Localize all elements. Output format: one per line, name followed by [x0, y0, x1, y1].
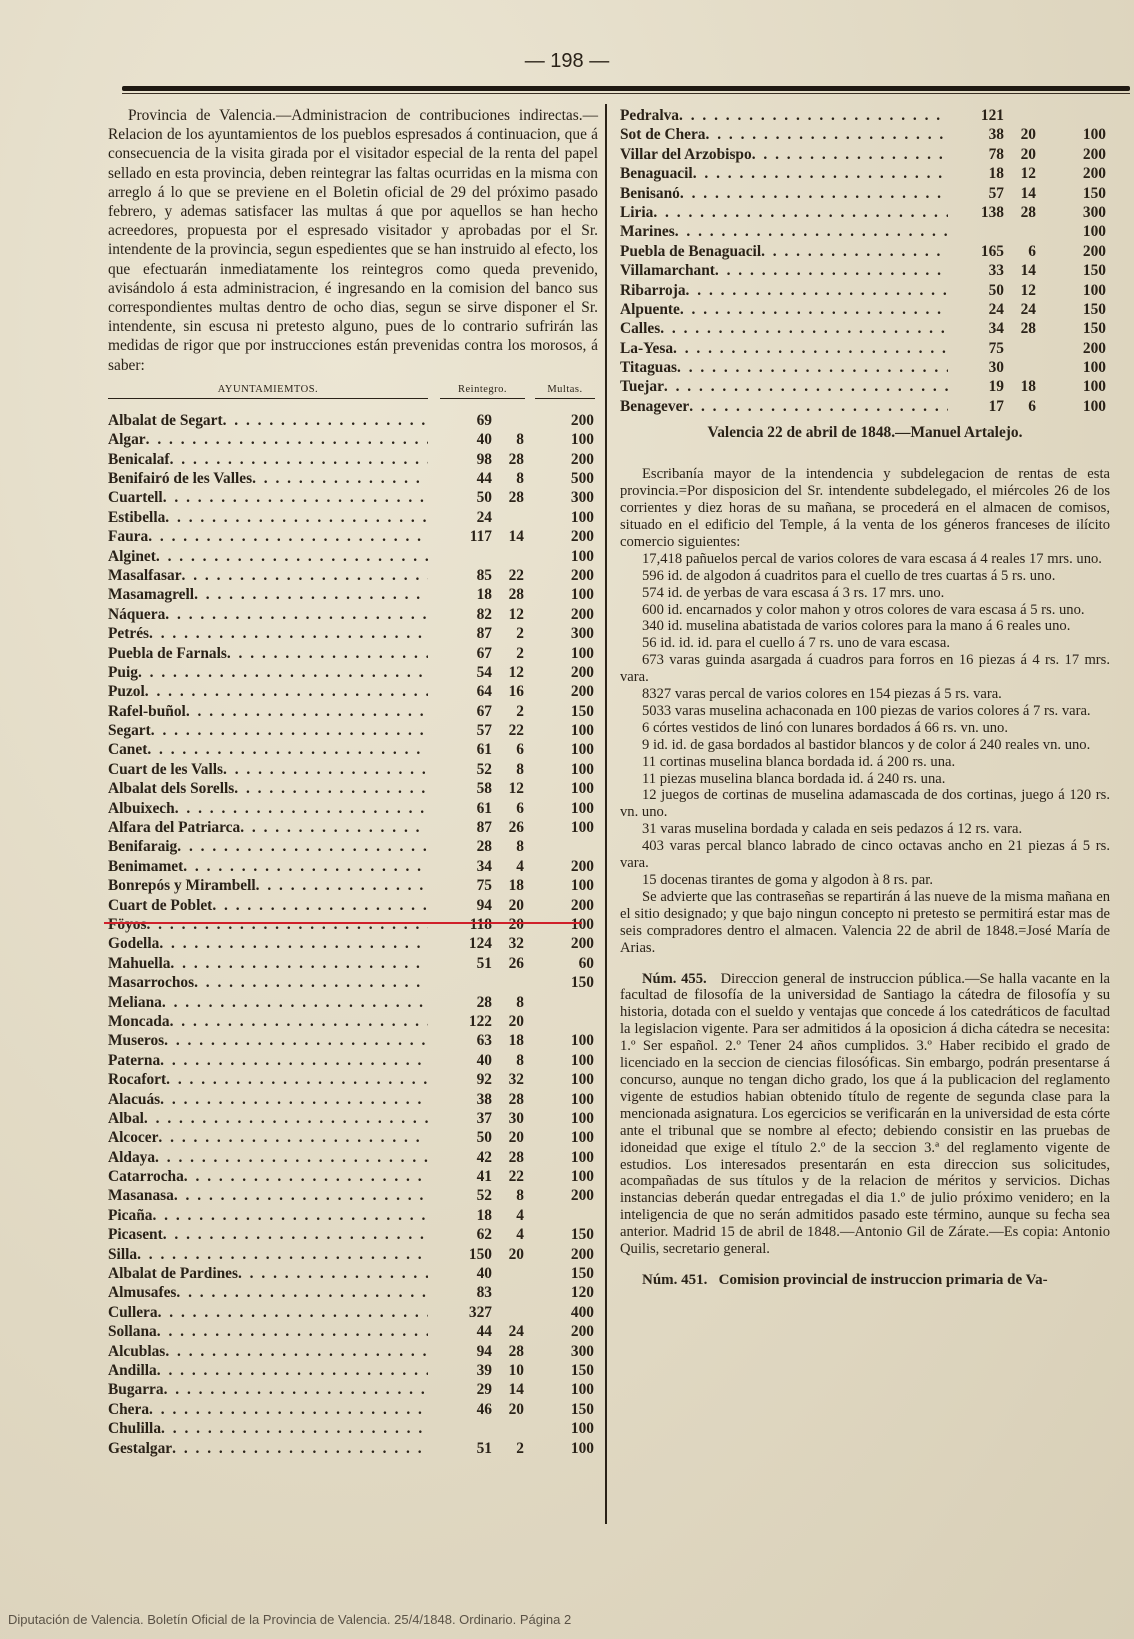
reintegro-maravedis: 14 — [1004, 261, 1036, 280]
table-row: Albalat de Pardines40150 — [108, 1264, 598, 1283]
notice-451-heading: Núm. 451. — [642, 1272, 707, 1288]
notice-455-text: Direccion general de instruccion pública… — [620, 971, 1110, 1258]
reintegro-reales: 57 — [440, 721, 492, 740]
municipality-name: Ribarroja — [620, 281, 948, 300]
reintegro-maravedis: 14 — [492, 527, 524, 546]
multa-amount: 100 — [534, 1148, 594, 1167]
reintegro-maravedis: 8 — [492, 1186, 524, 1205]
reintegro-reales: 87 — [440, 624, 492, 643]
municipality-name: Museros — [108, 1031, 428, 1050]
municipality-name: Alcublas — [108, 1342, 428, 1361]
reintegro-reales: 75 — [440, 876, 492, 895]
reintegro-reales: 85 — [440, 566, 492, 585]
reintegro-maravedis: 8 — [492, 430, 524, 449]
header-rule — [122, 86, 1130, 91]
notice-451-text: Comision provincial de instruccion prima… — [719, 1272, 1048, 1288]
reintegro-maravedis — [1004, 106, 1036, 125]
table-row: Náquera8212200 — [108, 605, 598, 624]
goods-list-item: 17,418 pañuelos percal de varios colores… — [620, 551, 1110, 568]
municipality-name: Almusafes — [108, 1283, 428, 1302]
multa-amount: 100 — [1046, 281, 1106, 300]
table-row: Masamagrell1828100 — [108, 585, 598, 604]
reintegro-reales: 67 — [440, 644, 492, 663]
reintegro-reales: 40 — [440, 1051, 492, 1070]
reintegro-reales: 51 — [440, 954, 492, 973]
municipality-name: Rafel-buñol — [108, 702, 428, 721]
table-row: Masarrochos150 — [108, 973, 598, 992]
multa-amount: 100 — [534, 1128, 594, 1147]
reintegro-maravedis — [1004, 222, 1036, 241]
reintegro-maravedis: 28 — [492, 488, 524, 507]
reintegro-reales: 17 — [952, 397, 1004, 416]
reintegro-reales: 38 — [952, 125, 1004, 144]
multa-amount: 100 — [534, 1070, 594, 1089]
table-row: Masalfasar8522200 — [108, 566, 598, 585]
table-row: Moncada12220 — [108, 1012, 598, 1031]
municipality-name: Albalat de Segart — [108, 411, 428, 430]
goods-list-item: 673 varas guinda asargada á cuadros para… — [620, 652, 1110, 686]
multa-amount: 100 — [1046, 358, 1106, 377]
reintegro-reales: 30 — [952, 358, 1004, 377]
reintegro-reales: 57 — [952, 184, 1004, 203]
reintegro-maravedis: 2 — [492, 702, 524, 721]
multa-amount: 100 — [534, 721, 594, 740]
table-row: Alacuás3828100 — [108, 1090, 598, 1109]
reintegro-maravedis — [492, 411, 524, 430]
reintegro-maravedis: 4 — [492, 857, 524, 876]
municipality-name: Andilla — [108, 1361, 428, 1380]
goods-list-item: 574 id. de yerbas de vara escasa á 3 rs.… — [620, 585, 1110, 602]
municipality-name: Benisanó — [620, 184, 948, 203]
notice-451: Núm. 451. Comision provincial de instruc… — [620, 1272, 1110, 1289]
municipality-name: Catarrocha — [108, 1167, 428, 1186]
reintegro-maravedis: 12 — [492, 605, 524, 624]
municipality-name: Cuart de les Valls — [108, 760, 428, 779]
municipality-name: Benifairó de les Valles — [108, 469, 428, 488]
goods-list-item: 9 id. id. de gasa bordados al bastidor b… — [620, 737, 1110, 754]
reintegro-maravedis — [492, 1419, 524, 1438]
table-row: Chulilla100 — [108, 1419, 598, 1438]
table-row: Mahuella512660 — [108, 954, 598, 973]
multa-amount: 100 — [1046, 222, 1106, 241]
reintegro-reales: 50 — [440, 488, 492, 507]
multa-amount: 150 — [1046, 319, 1106, 338]
table-row: Cuart de Poblet9420200 — [108, 896, 598, 915]
municipality-name: Cuartell — [108, 488, 428, 507]
municipality-name: Villar del Arzobispo — [620, 145, 948, 164]
reintegro-maravedis: 28 — [492, 585, 524, 604]
right-column: Pedralva121Sot de Chera3820100Villar del… — [620, 106, 1110, 1289]
reintegro-reales: 124 — [440, 934, 492, 953]
table-row: Rocafort9232100 — [108, 1070, 598, 1089]
municipality-name: La-Yesa — [620, 339, 948, 358]
goods-list-item: 403 varas percal blanco labrado de cinco… — [620, 838, 1110, 872]
reintegro-reales: 18 — [952, 164, 1004, 183]
municipality-name: Petrés — [108, 624, 428, 643]
reintegro-reales: 94 — [440, 896, 492, 915]
reintegro-reales: 42 — [440, 1148, 492, 1167]
reintegro-reales: 28 — [440, 993, 492, 1012]
municipality-name: Marines — [620, 222, 948, 241]
municipality-name: Albuixech — [108, 799, 428, 818]
table-row: Ribarroja5012100 — [620, 281, 1110, 300]
reintegro-maravedis: 12 — [492, 663, 524, 682]
reintegro-maravedis: 32 — [492, 934, 524, 953]
table-row: Puebla de Farnals672100 — [108, 644, 598, 663]
reintegro-maravedis: 12 — [492, 779, 524, 798]
table-row: Benicalaf9828200 — [108, 450, 598, 469]
municipality-name: Chera — [108, 1400, 428, 1419]
municipality-name: Náquera — [108, 605, 428, 624]
multa-amount: 100 — [534, 547, 594, 566]
reintegro-reales: 24 — [952, 300, 1004, 319]
reintegro-reales: 19 — [952, 377, 1004, 396]
goods-list-item: 56 id. id. id. para el cuello á 7 rs. un… — [620, 635, 1110, 652]
reintegro-reales: 41 — [440, 1167, 492, 1186]
table-row: Segart5722100 — [108, 721, 598, 740]
table-row: Tuejar1918100 — [620, 377, 1110, 396]
table-row: Picasent624150 — [108, 1225, 598, 1244]
table-row: Museros6318100 — [108, 1031, 598, 1050]
reintegro-maravedis: 28 — [1004, 203, 1036, 222]
reintegro-reales: 34 — [440, 857, 492, 876]
reintegro-reales: 138 — [952, 203, 1004, 222]
reintegro-reales: 18 — [440, 585, 492, 604]
municipality-name: Aldaya — [108, 1148, 428, 1167]
municipality-name: Paterna — [108, 1051, 428, 1070]
municipality-name: Picaña — [108, 1206, 428, 1225]
table-row: Albalat de Segart69200 — [108, 411, 598, 430]
multa-amount: 200 — [1046, 242, 1106, 261]
escribania-notice: Escribanía mayor de la intendencia y sub… — [620, 466, 1110, 1289]
table-row: Algar408100 — [108, 430, 598, 449]
table-row: Villar del Arzobispo7820200 — [620, 145, 1110, 164]
reintegro-maravedis: 20 — [492, 1128, 524, 1147]
reintegro-maravedis — [492, 1303, 524, 1322]
municipality-name: Cuart de Poblet — [108, 896, 428, 915]
multa-amount: 100 — [534, 779, 594, 798]
reintegro-maravedis: 4 — [492, 1206, 524, 1225]
goods-list-item: 15 docenas tirantes de goma y algodon à … — [620, 872, 1110, 889]
reintegro-reales: 92 — [440, 1070, 492, 1089]
reintegro-maravedis: 20 — [492, 1012, 524, 1031]
reintegro-reales: 62 — [440, 1225, 492, 1244]
municipality-name: Alginet — [108, 547, 428, 566]
municipality-name: Tuejar — [620, 377, 948, 396]
municipality-name: Cullera — [108, 1303, 428, 1322]
left-column: Provincia de Valencia.—Administracion de… — [108, 106, 598, 1458]
municipality-name: Puebla de Farnals — [108, 644, 428, 663]
municipality-name: Villamarchant — [620, 261, 948, 280]
municipality-name: Alacuás — [108, 1090, 428, 1109]
multa-amount: 100 — [534, 644, 594, 663]
municipality-name: Sollana — [108, 1322, 428, 1341]
multa-amount: 100 — [534, 1419, 594, 1438]
table-row: Meliana288 — [108, 993, 598, 1012]
source-caption: Diputación de Valencia. Boletín Oficial … — [8, 1612, 571, 1627]
reintegro-reales: 61 — [440, 799, 492, 818]
reintegro-maravedis: 22 — [492, 721, 524, 740]
municipality-name: Pedralva — [620, 106, 948, 125]
red-highlight-underline — [104, 922, 582, 924]
multa-amount: 200 — [534, 1322, 594, 1341]
reintegro-maravedis: 20 — [492, 915, 524, 934]
multa-amount — [534, 1206, 594, 1225]
table-row: Benifaraig288 — [108, 837, 598, 856]
municipality-name: Picasent — [108, 1225, 428, 1244]
multa-amount: 100 — [534, 740, 594, 759]
reintegro-maravedis: 18 — [492, 876, 524, 895]
multa-amount: 100 — [534, 1031, 594, 1050]
table-row: Albuixech616100 — [108, 799, 598, 818]
reintegro-maravedis: 18 — [492, 1031, 524, 1050]
reintegro-reales: 121 — [952, 106, 1004, 125]
municipality-name: Sot de Chera — [620, 125, 948, 144]
municipality-name: Rocafort — [108, 1070, 428, 1089]
multa-amount: 100 — [534, 799, 594, 818]
multa-amount: 200 — [534, 411, 594, 430]
reintegro-maravedis: 20 — [1004, 145, 1036, 164]
multa-amount: 300 — [534, 624, 594, 643]
table-row: Pedralva121 — [620, 106, 1110, 125]
goods-list-item: 340 id. muselina abatistada de varios co… — [620, 618, 1110, 635]
municipality-name: Titaguas — [620, 358, 948, 377]
goods-list-item: 5033 varas muselina achaconada en 100 pi… — [620, 703, 1110, 720]
reintegro-maravedis: 16 — [492, 682, 524, 701]
multa-amount: 300 — [534, 488, 594, 507]
multa-amount: 100 — [534, 876, 594, 895]
multa-amount: 100 — [534, 818, 594, 837]
page-number: — 198 — — [0, 50, 1134, 73]
reintegro-maravedis: 8 — [492, 760, 524, 779]
table-row: Puzol6416200 — [108, 682, 598, 701]
goods-list-item: 596 id. de algodon á cuadritos para el c… — [620, 568, 1110, 585]
multa-amount: 200 — [1046, 339, 1106, 358]
reintegro-reales: 75 — [952, 339, 1004, 358]
municipality-name: Masamagrell — [108, 585, 428, 604]
municipality-name: Masanasa — [108, 1186, 428, 1205]
table-row: La-Yesa75200 — [620, 339, 1110, 358]
multa-amount: 150 — [534, 973, 594, 992]
reintegro-maravedis: 6 — [1004, 397, 1036, 416]
reintegro-reales — [440, 973, 492, 992]
column-divider — [605, 104, 607, 1524]
reintegro-reales: 78 — [952, 145, 1004, 164]
multa-amount: 100 — [534, 508, 594, 527]
municipality-name: Alpuente — [620, 300, 948, 319]
municipality-name: Puzol — [108, 682, 428, 701]
reintegro-reales: 63 — [440, 1031, 492, 1050]
reintegro-reales: 40 — [440, 430, 492, 449]
multa-amount: 100 — [534, 1167, 594, 1186]
table-row: Cullera327400 — [108, 1303, 598, 1322]
notice-455: Núm. 455. Direccion general de instrucci… — [620, 971, 1110, 1258]
municipality-name: Godella — [108, 934, 428, 953]
municipality-name: Canet — [108, 740, 428, 759]
multa-amount: 200 — [534, 527, 594, 546]
table-row: Rafel-buñol672150 — [108, 702, 598, 721]
header-ayuntamientos: AYUNTAMIEMTOS. — [108, 384, 428, 399]
municipality-name: Meliana — [108, 993, 428, 1012]
multa-amount: 150 — [1046, 184, 1106, 203]
reintegro-maravedis: 8 — [492, 837, 524, 856]
goods-list-item: 11 piezas muselina blanca bordada id. á … — [620, 771, 1110, 788]
reintegro-maravedis: 20 — [492, 1245, 524, 1264]
table-row: Estibella24100 — [108, 508, 598, 527]
reintegro-maravedis: 28 — [492, 1090, 524, 1109]
multa-amount — [1046, 106, 1106, 125]
reintegro-reales: 46 — [440, 1400, 492, 1419]
reintegro-maravedis: 28 — [492, 450, 524, 469]
table-row: Catarrocha4122100 — [108, 1167, 598, 1186]
table-row: Godella12432200 — [108, 934, 598, 953]
table-row: Cuart de les Valls528100 — [108, 760, 598, 779]
table-row: Calles3428150 — [620, 319, 1110, 338]
municipality-name: Moncada — [108, 1012, 428, 1031]
reintegro-maravedis: 22 — [492, 1167, 524, 1186]
reintegro-reales: 61 — [440, 740, 492, 759]
goods-list-item: 31 varas muselina bordada y calada en se… — [620, 821, 1110, 838]
goods-list-item: 6 córtes vestidos de linó con lunares bo… — [620, 720, 1110, 737]
table-row: Sot de Chera3820100 — [620, 125, 1110, 144]
multa-amount: 150 — [534, 702, 594, 721]
reintegro-reales: 94 — [440, 1342, 492, 1361]
municipality-name: Benifaraig — [108, 837, 428, 856]
reintegro-maravedis: 26 — [492, 818, 524, 837]
table-row: Benimamet344200 — [108, 857, 598, 876]
municipality-name: Alcocer — [108, 1128, 428, 1147]
table-row: Sollana4424200 — [108, 1322, 598, 1341]
reintegro-reales: 39 — [440, 1361, 492, 1380]
table-row: Canet616100 — [108, 740, 598, 759]
multa-amount: 100 — [1046, 125, 1106, 144]
municipality-name: Masalfasar — [108, 566, 428, 585]
reintegro-reales: 50 — [952, 281, 1004, 300]
multa-amount: 100 — [534, 1109, 594, 1128]
municipality-name: Puebla de Benaguacil — [620, 242, 948, 261]
table-row: Paterna408100 — [108, 1051, 598, 1070]
reintegro-reales: 29 — [440, 1380, 492, 1399]
municipality-name: Mahuella — [108, 954, 428, 973]
reintegro-maravedis: 28 — [492, 1148, 524, 1167]
municipality-name: Benagever — [620, 397, 948, 416]
table-row: Benaguacil1812200 — [620, 164, 1110, 183]
table-row: Almusafes83120 — [108, 1283, 598, 1302]
reintegro-reales: 18 — [440, 1206, 492, 1225]
table-header: AYUNTAMIEMTOS. Reintegro. Multas. — [108, 381, 598, 403]
goods-list: 17,418 pañuelos percal de varios colores… — [620, 551, 1110, 889]
table-row: Benagever176100 — [620, 397, 1110, 416]
reintegro-reales: 64 — [440, 682, 492, 701]
reintegro-maravedis: 4 — [492, 1225, 524, 1244]
reintegro-maravedis — [492, 508, 524, 527]
reintegro-reales — [952, 222, 1004, 241]
multa-amount: 100 — [534, 585, 594, 604]
reintegro-maravedis: 28 — [492, 1342, 524, 1361]
reintegro-reales: 44 — [440, 469, 492, 488]
reintegro-maravedis: 24 — [492, 1322, 524, 1341]
reintegro-reales: 118 — [440, 915, 492, 934]
municipality-name: Alfara del Patriarca — [108, 818, 428, 837]
multa-amount: 200 — [534, 450, 594, 469]
multa-amount: 500 — [534, 469, 594, 488]
reintegro-reales — [440, 1419, 492, 1438]
reintegro-reales: 52 — [440, 1186, 492, 1205]
intro-paragraph: Provincia de Valencia.—Administracion de… — [108, 106, 598, 375]
reintegro-maravedis: 6 — [492, 799, 524, 818]
escribania-intro: Escribanía mayor de la intendencia y sub… — [620, 466, 1110, 551]
reintegro-reales: 54 — [440, 663, 492, 682]
table-row: Puig5412200 — [108, 663, 598, 682]
reintegro-maravedis — [1004, 339, 1036, 358]
reintegro-maravedis — [492, 547, 524, 566]
reintegro-maravedis: 14 — [1004, 184, 1036, 203]
table-row: Petrés872300 — [108, 624, 598, 643]
table-row: Andilla3910150 — [108, 1361, 598, 1380]
table-row: Föyos11820100 — [108, 915, 598, 934]
header-reintegro: Reintegro. — [440, 384, 525, 399]
multa-amount: 200 — [534, 1186, 594, 1205]
municipality-name: Albalat dels Sorells — [108, 779, 428, 798]
municipality-name: Gestalgar — [108, 1439, 428, 1458]
multa-amount: 60 — [534, 954, 594, 973]
goods-list-item: 12 juegos de cortinas de muselina adamas… — [620, 787, 1110, 821]
multa-amount: 300 — [534, 1342, 594, 1361]
reintegro-maravedis — [1004, 358, 1036, 377]
multa-amount: 100 — [534, 430, 594, 449]
multa-amount: 150 — [1046, 261, 1106, 280]
reintegro-reales: 37 — [440, 1109, 492, 1128]
table-row: Marines100 — [620, 222, 1110, 241]
multa-amount: 200 — [534, 934, 594, 953]
multa-amount: 200 — [534, 857, 594, 876]
table-row: Puebla de Benaguacil1656200 — [620, 242, 1110, 261]
municipality-name: Föyos — [108, 915, 428, 934]
municipality-name: Puig — [108, 663, 428, 682]
reintegro-maravedis: 20 — [492, 896, 524, 915]
multa-amount: 150 — [534, 1225, 594, 1244]
reintegro-maravedis: 30 — [492, 1109, 524, 1128]
multa-amount: 120 — [534, 1283, 594, 1302]
reintegro-maravedis: 8 — [492, 469, 524, 488]
multa-amount: 200 — [534, 896, 594, 915]
table-row: Masanasa528200 — [108, 1186, 598, 1205]
goods-list-item: 8327 varas percal de varios colores en 1… — [620, 686, 1110, 703]
table-row: Silla15020200 — [108, 1245, 598, 1264]
table-row: Alcocer5020100 — [108, 1128, 598, 1147]
reintegro-reales: 327 — [440, 1303, 492, 1322]
reintegro-reales: 33 — [952, 261, 1004, 280]
multa-amount: 200 — [534, 682, 594, 701]
multa-amount: 100 — [534, 1051, 594, 1070]
table-row: Alcublas9428300 — [108, 1342, 598, 1361]
reintegro-reales: 83 — [440, 1283, 492, 1302]
reintegro-reales: 98 — [440, 450, 492, 469]
reintegro-maravedis: 28 — [1004, 319, 1036, 338]
reintegro-reales: 122 — [440, 1012, 492, 1031]
multa-amount — [534, 1012, 594, 1031]
municipality-name: Estibella — [108, 508, 428, 527]
reintegro-reales: 165 — [952, 242, 1004, 261]
multa-amount: 150 — [1046, 300, 1106, 319]
reintegro-maravedis: 8 — [492, 993, 524, 1012]
reintegro-reales: 50 — [440, 1128, 492, 1147]
reintegro-reales: 34 — [952, 319, 1004, 338]
multa-amount: 150 — [534, 1361, 594, 1380]
reintegro-maravedis: 26 — [492, 954, 524, 973]
table-row: Alginet100 — [108, 547, 598, 566]
municipality-name: Algar — [108, 430, 428, 449]
